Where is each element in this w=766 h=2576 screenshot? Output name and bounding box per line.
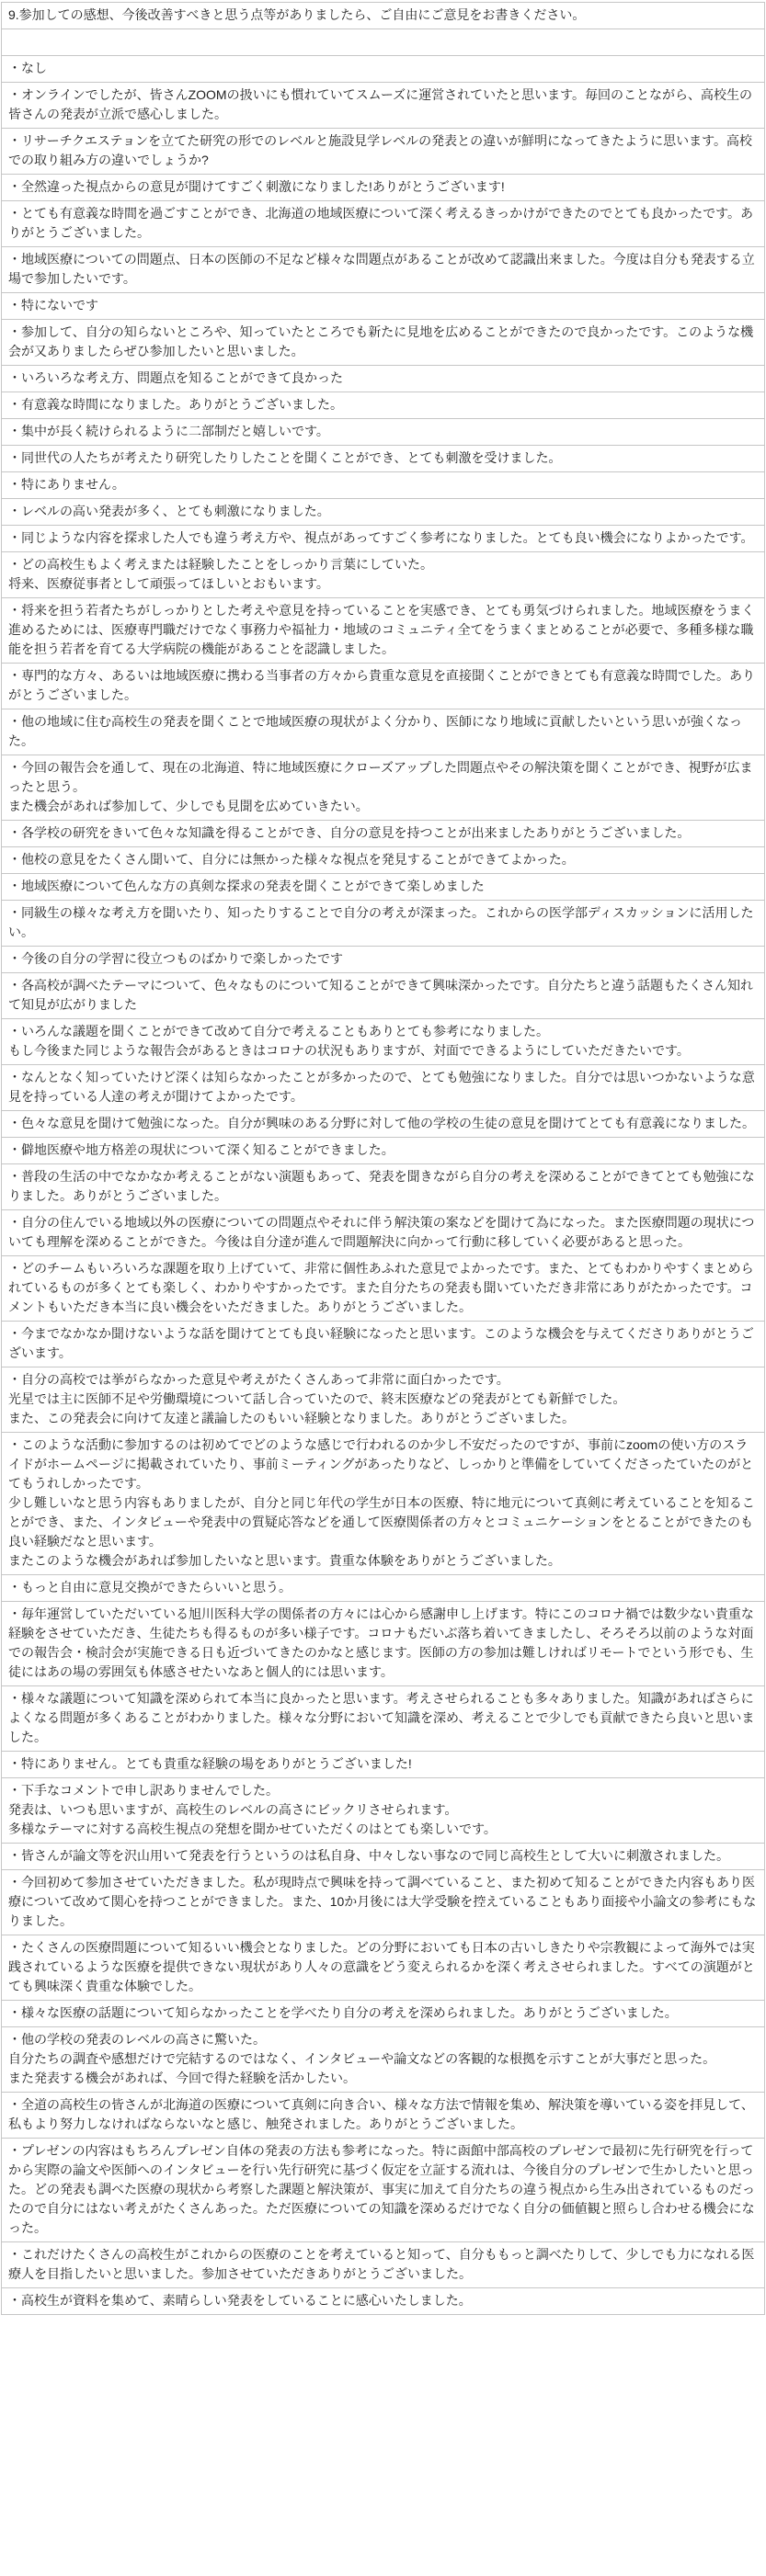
response-row: ・地域医療についての問題点、日本の医師の不足など様々な問題点があることが改めて認… <box>2 247 765 293</box>
response-row: ・いろいろな考え方、問題点を知ることができて良かった <box>2 366 765 392</box>
response-cell: ・いろんな議題を聞くことができて改めて自分で考えることもありとても参考になりまし… <box>2 1019 765 1065</box>
response-row: ・特にないです <box>2 293 765 320</box>
response-cell: ・僻地医療や地方格差の現状について深く知ることができました。 <box>2 1138 765 1164</box>
response-row: ・いろんな議題を聞くことができて改めて自分で考えることもありとても参考になりまし… <box>2 1019 765 1065</box>
response-cell: ・特にありません。とても貴重な経験の場をありがとうございました! <box>2 1752 765 1778</box>
response-row: ・どのチームもいろいろな課題を取り上げていて、非常に個性あふれた意見でよかったで… <box>2 1256 765 1322</box>
response-cell: ・全道の高校生の皆さんが北海道の医療について真剣に向き合い、様々な方法で情報を集… <box>2 2093 765 2139</box>
response-row: ・今回初めて参加させていただきました。私が現時点で興味を持って調べていること、ま… <box>2 1870 765 1935</box>
question-header-row: 9.参加しての感想、今後改善すべきと思う点等がありましたら、ご自由にご意見をお書… <box>2 3 765 29</box>
response-row: ・地域医療について色んな方の真剣な探求の発表を聞くことができて楽しめました <box>2 874 765 901</box>
response-row: ・このような活動に参加するのは初めてでどのような感じで行われるのか少し不安だった… <box>2 1433 765 1575</box>
response-cell: ・これだけたくさんの高校生がこれからの医療のことを考えていると知って、自分ももっ… <box>2 2242 765 2288</box>
response-row: ・これだけたくさんの高校生がこれからの医療のことを考えていると知って、自分ももっ… <box>2 2242 765 2288</box>
response-row: ・今までなかなか聞けないような話を聞けてとても良い経験になったと思います。このよ… <box>2 1322 765 1367</box>
response-cell: ・同級生の様々な考え方を聞いたり、知ったりすることで自分の考えが深まった。これか… <box>2 901 765 947</box>
response-row: ・プレゼンの内容はもちろんプレゼン自体の発表の方法も参考になった。特に函館中部高… <box>2 2139 765 2242</box>
response-cell: ・今までなかなか聞けないような話を聞けてとても良い経験になったと思います。このよ… <box>2 1322 765 1367</box>
response-cell: ・いろいろな考え方、問題点を知ることができて良かった <box>2 366 765 392</box>
response-cell: ・今回初めて参加させていただきました。私が現時点で興味を持って調べていること、ま… <box>2 1870 765 1935</box>
response-row: ・普段の生活の中でなかなか考えることがない演題もあって、発表を聞きながら自分の考… <box>2 1164 765 1210</box>
response-row: ・将来を担う若者たちがしっかりとした考えや意見を持っていることを実感でき、とても… <box>2 598 765 664</box>
response-cell: ・特にないです <box>2 293 765 320</box>
response-row: ・なし <box>2 56 765 83</box>
response-cell: ・参加して、自分の知らないところや、知っていたところでも新たに見地を広めることが… <box>2 320 765 366</box>
response-row: ・色々な意見を聞けて勉強になった。自分が興味のある分野に対して他の学校の生徒の意… <box>2 1111 765 1138</box>
response-row: ・高校生が資料を集めて、素晴らしい発表をしていることに感心いたしました。 <box>2 2288 765 2315</box>
response-cell: ・どの高校生もよく考えまたは経験したことをしっかり言葉にしていた。 将来、医療従… <box>2 552 765 598</box>
response-row: ・同じような内容を探求した人でも違う考え方や、視点があってすごく参考になりました… <box>2 526 765 552</box>
response-row: ・特にありません。 <box>2 472 765 499</box>
response-row: ・下手なコメントで申し訳ありませんでした。 発表は、いつも思いますが、高校生のレ… <box>2 1778 765 1844</box>
empty-cell <box>2 29 765 56</box>
response-row: ・皆さんが論文等を沢山用いて発表を行うというのは私自身、中々しない事なので同じ高… <box>2 1844 765 1870</box>
response-row: ・オンラインでしたが、皆さんZOOMの扱いにも慣れていてスムーズに運営されていた… <box>2 83 765 129</box>
response-row: ・レベルの高い発表が多く、とても刺激になりました。 <box>2 499 765 526</box>
response-cell: ・レベルの高い発表が多く、とても刺激になりました。 <box>2 499 765 526</box>
response-row: ・僻地医療や地方格差の現状について深く知ることができました。 <box>2 1138 765 1164</box>
response-cell: ・様々な医療の話題について知らなかったことを学べたり自分の考えを深められました。… <box>2 2001 765 2027</box>
response-row: ・同級生の様々な考え方を聞いたり、知ったりすることで自分の考えが深まった。これか… <box>2 901 765 947</box>
response-cell: ・下手なコメントで申し訳ありませんでした。 発表は、いつも思いますが、高校生のレ… <box>2 1778 765 1844</box>
response-cell: ・特にありません。 <box>2 472 765 499</box>
response-row: ・各高校が調べたテーマについて、色々なものについて知ることができて興味深かったで… <box>2 973 765 1019</box>
response-cell: ・普段の生活の中でなかなか考えることがない演題もあって、発表を聞きながら自分の考… <box>2 1164 765 1210</box>
response-cell: ・他の地域に住む高校生の発表を聞くことで地域医療の現状がよく分かり、医師になり地… <box>2 709 765 755</box>
response-cell: ・同世代の人たちが考えたり研究したりしたことを聞くことができ、とても刺激を受けま… <box>2 446 765 472</box>
response-cell: ・様々な議題について知識を深められて本当に良かったと思います。考えさせられること… <box>2 1686 765 1752</box>
response-row: ・様々な医療の話題について知らなかったことを学べたり自分の考えを深められました。… <box>2 2001 765 2027</box>
survey-response-table: 9.参加しての感想、今後改善すべきと思う点等がありましたら、ご自由にご意見をお書… <box>1 2 765 2315</box>
response-row: ・他校の意見をたくさん聞いて、自分には無かった様々な視点を発見することができてよ… <box>2 847 765 874</box>
response-cell: ・リサーチクエステョンを立てた研究の形でのレベルと施設見学レベルの発表との違いが… <box>2 129 765 175</box>
response-row: ・今後の自分の学習に役立つものばかりで楽しかったです <box>2 947 765 973</box>
response-cell: ・毎年運営していただいている旭川医科大学の関係者の方々には心から感謝申し上げます… <box>2 1602 765 1686</box>
response-row: ・なんとなく知っていたけど深くは知らなかったことが多かったので、とても勉強になり… <box>2 1065 765 1111</box>
response-row: ・様々な議題について知識を深められて本当に良かったと思います。考えさせられること… <box>2 1686 765 1752</box>
response-cell: ・将来を担う若者たちがしっかりとした考えや意見を持っていることを実感でき、とても… <box>2 598 765 664</box>
response-row: ・全然違った視点からの意見が聞けてすごく刺激になりました!ありがとうございます! <box>2 175 765 201</box>
response-row: ・特にありません。とても貴重な経験の場をありがとうございました! <box>2 1752 765 1778</box>
response-cell: ・たくさんの医療問題について知るいい機会となりました。どの分野においても日本の古… <box>2 1935 765 2001</box>
response-cell: ・今回の報告会を通して、現在の北海道、特に地域医療にクローズアップした問題点やそ… <box>2 755 765 821</box>
response-cell: ・集中が長く続けられるように二部制だと嬉しいです。 <box>2 419 765 446</box>
response-row: ・各学校の研究をきいて色々な知識を得ることができ、自分の意見を持つことが出来まし… <box>2 821 765 847</box>
response-cell: ・どのチームもいろいろな課題を取り上げていて、非常に個性あふれた意見でよかったで… <box>2 1256 765 1322</box>
response-cell: ・自分の高校では挙がらなかった意見や考えがたくさんあって非常に面白かったです。 … <box>2 1367 765 1433</box>
response-cell: ・地域医療について色んな方の真剣な探求の発表を聞くことができて楽しめました <box>2 874 765 901</box>
response-row: ・リサーチクエステョンを立てた研究の形でのレベルと施設見学レベルの発表との違いが… <box>2 129 765 175</box>
response-cell: ・同じような内容を探求した人でも違う考え方や、視点があってすごく参考になりました… <box>2 526 765 552</box>
response-row: ・集中が長く続けられるように二部制だと嬉しいです。 <box>2 419 765 446</box>
response-cell: ・もっと自由に意見交換ができたらいいと思う。 <box>2 1575 765 1602</box>
response-row: ・全道の高校生の皆さんが北海道の医療について真剣に向き合い、様々な方法で情報を集… <box>2 2093 765 2139</box>
response-cell: ・自分の住んでいる地域以外の医療についての問題点やそれに伴う解決策の案などを聞け… <box>2 1210 765 1256</box>
response-row: ・自分の住んでいる地域以外の医療についての問題点やそれに伴う解決策の案などを聞け… <box>2 1210 765 1256</box>
response-cell: ・皆さんが論文等を沢山用いて発表を行うというのは私自身、中々しない事なので同じ高… <box>2 1844 765 1870</box>
response-row: ・たくさんの医療問題について知るいい機会となりました。どの分野においても日本の古… <box>2 1935 765 2001</box>
response-row: ・とても有意義な時間を過ごすことができ、北海道の地域医療について深く考えるきっか… <box>2 201 765 247</box>
response-cell: ・高校生が資料を集めて、素晴らしい発表をしていることに感心いたしました。 <box>2 2288 765 2315</box>
response-row: ・自分の高校では挙がらなかった意見や考えがたくさんあって非常に面白かったです。 … <box>2 1367 765 1433</box>
response-cell: ・このような活動に参加するのは初めてでどのような感じで行われるのか少し不安だった… <box>2 1433 765 1575</box>
response-row: ・他の地域に住む高校生の発表を聞くことで地域医療の現状がよく分かり、医師になり地… <box>2 709 765 755</box>
response-cell: ・各高校が調べたテーマについて、色々なものについて知ることができて興味深かったで… <box>2 973 765 1019</box>
response-cell: ・他校の意見をたくさん聞いて、自分には無かった様々な視点を発見することができてよ… <box>2 847 765 874</box>
response-cell: ・なんとなく知っていたけど深くは知らなかったことが多かったので、とても勉強になり… <box>2 1065 765 1111</box>
question-title: 9.参加しての感想、今後改善すべきと思う点等がありましたら、ご自由にご意見をお書… <box>2 3 765 29</box>
response-cell: ・地域医療についての問題点、日本の医師の不足など様々な問題点があることが改めて認… <box>2 247 765 293</box>
response-row: ・同世代の人たちが考えたり研究したりしたことを聞くことができ、とても刺激を受けま… <box>2 446 765 472</box>
response-cell: ・全然違った視点からの意見が聞けてすごく刺激になりました!ありがとうございます! <box>2 175 765 201</box>
response-cell: ・色々な意見を聞けて勉強になった。自分が興味のある分野に対して他の学校の生徒の意… <box>2 1111 765 1138</box>
response-row: ・もっと自由に意見交換ができたらいいと思う。 <box>2 1575 765 1602</box>
response-cell: ・各学校の研究をきいて色々な知識を得ることができ、自分の意見を持つことが出来まし… <box>2 821 765 847</box>
responses-table-body: 9.参加しての感想、今後改善すべきと思う点等がありましたら、ご自由にご意見をお書… <box>2 3 765 2315</box>
response-row: ・参加して、自分の知らないところや、知っていたところでも新たに見地を広めることが… <box>2 320 765 366</box>
response-cell: ・プレゼンの内容はもちろんプレゼン自体の発表の方法も参考になった。特に函館中部高… <box>2 2139 765 2242</box>
response-cell: ・オンラインでしたが、皆さんZOOMの扱いにも慣れていてスムーズに運営されていた… <box>2 83 765 129</box>
response-cell: ・なし <box>2 56 765 83</box>
response-row: ・有意義な時間になりました。ありがとうございました。 <box>2 392 765 419</box>
response-row: ・専門的な方々、あるいは地域医療に携わる当事者の方々から貴重な意見を直接聞くこと… <box>2 664 765 709</box>
response-cell: ・専門的な方々、あるいは地域医療に携わる当事者の方々から貴重な意見を直接聞くこと… <box>2 664 765 709</box>
response-row: ・今回の報告会を通して、現在の北海道、特に地域医療にクローズアップした問題点やそ… <box>2 755 765 821</box>
response-row: ・毎年運営していただいている旭川医科大学の関係者の方々には心から感謝申し上げます… <box>2 1602 765 1686</box>
response-cell: ・他の学校の発表のレベルの高さに驚いた。 自分たちの調査や感想だけで完結するので… <box>2 2027 765 2093</box>
response-cell: ・とても有意義な時間を過ごすことができ、北海道の地域医療について深く考えるきっか… <box>2 201 765 247</box>
response-cell: ・今後の自分の学習に役立つものばかりで楽しかったです <box>2 947 765 973</box>
response-cell: ・有意義な時間になりました。ありがとうございました。 <box>2 392 765 419</box>
response-row: ・他の学校の発表のレベルの高さに驚いた。 自分たちの調査や感想だけで完結するので… <box>2 2027 765 2093</box>
survey-results-section: 9.参加しての感想、今後改善すべきと思う点等がありましたら、ご自由にご意見をお書… <box>0 0 766 2317</box>
empty-spacer-row <box>2 29 765 56</box>
response-row: ・どの高校生もよく考えまたは経験したことをしっかり言葉にしていた。 将来、医療従… <box>2 552 765 598</box>
